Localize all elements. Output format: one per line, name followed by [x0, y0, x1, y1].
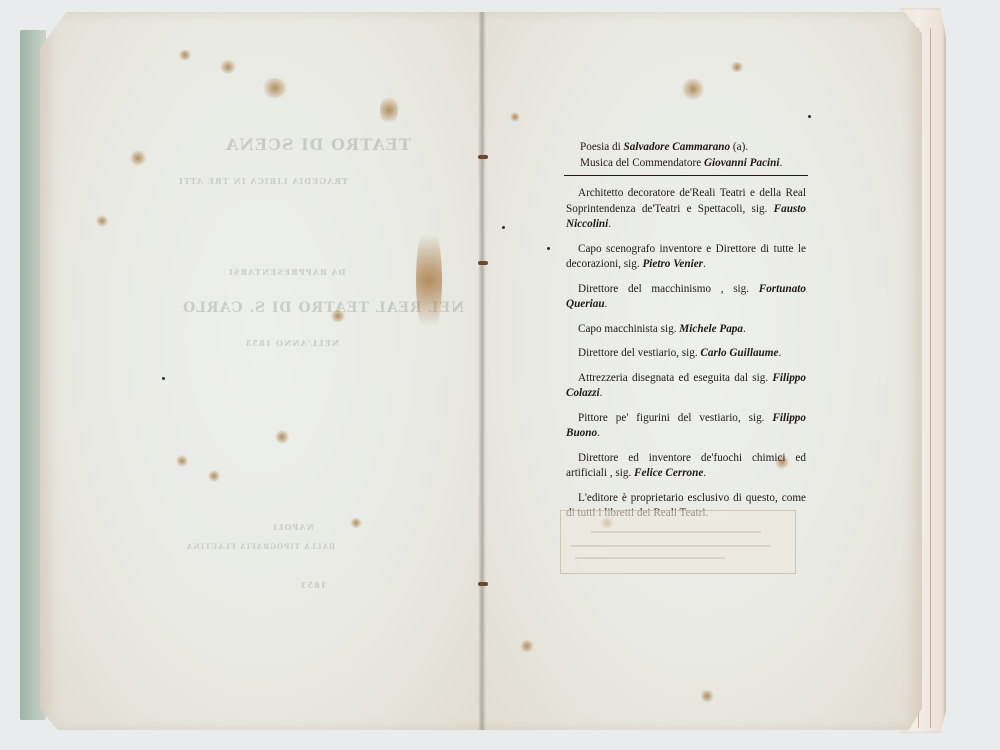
- poetry-prefix: Poesia di: [580, 141, 624, 153]
- credit-role: Direttore del vestiario, sig.: [578, 347, 700, 359]
- credit-suffix: .: [608, 218, 611, 230]
- bleed-through-printer: DALLA TIPOGRAFIA FLAUTINA: [186, 542, 335, 551]
- credit-suffix: .: [600, 387, 603, 399]
- header-rule: [564, 175, 808, 176]
- bleed-through-year: 1853: [300, 580, 326, 590]
- bleed-through-title: TEATRO DI SCENA: [225, 135, 411, 154]
- credit-entry: Pittore pe' figurini del vestiario, sig.…: [566, 411, 806, 442]
- credit-name: Pietro Venier: [642, 258, 703, 270]
- credit-suffix: .: [743, 323, 746, 335]
- composer-name: Giovanni Pacini: [704, 157, 780, 169]
- credit-name: Carlo Guillaume: [700, 347, 778, 359]
- foxing-spot: [130, 150, 146, 166]
- foxing-spot: [350, 518, 362, 528]
- ink-speck: [162, 377, 165, 380]
- music-suffix: .: [780, 157, 783, 169]
- credit-entry: Direttore ed inventore de'fuochi chimici…: [566, 451, 806, 482]
- credit-suffix: .: [778, 347, 781, 359]
- foxing-spot: [220, 60, 236, 74]
- music-prefix: Musica del Commendatore: [580, 157, 704, 169]
- credit-role: Architetto decoratore de'Reali Teatri e …: [566, 187, 806, 215]
- credits-header: Poesia di Salvadore Cammarano (a). Music…: [566, 140, 806, 171]
- scanned-book-spread: TEATRO DI SCENA TRAGEDIA LIRICA IN TRE A…: [0, 0, 1000, 750]
- credit-suffix: .: [597, 427, 600, 439]
- credit-name: Felice Cerrone: [634, 467, 703, 479]
- librettist-name: Salvadore Cammarano: [624, 141, 731, 153]
- poetry-suffix: (a).: [730, 141, 748, 153]
- credit-suffix: .: [703, 258, 706, 270]
- binding-stitch: [478, 582, 488, 586]
- poetry-credit: Poesia di Salvadore Cammarano (a).: [566, 140, 806, 156]
- credit-entry: Capo scenografo inventore e Direttore di…: [566, 242, 806, 273]
- credit-entry: Architetto decoratore de'Reali Teatri e …: [566, 186, 806, 233]
- ink-speck: [547, 247, 550, 250]
- foxing-spot: [510, 112, 520, 122]
- foxing-spot: [275, 430, 289, 444]
- credit-entry: Attrezzeria disegnata ed eseguita dal si…: [566, 371, 806, 402]
- credits-block: Poesia di Salvadore Cammarano (a). Music…: [566, 140, 806, 531]
- foxing-spot: [330, 310, 346, 322]
- ink-speck: [502, 226, 505, 229]
- page-edge-line: [930, 28, 931, 728]
- credit-role: Pittore pe' figurini del vestiario, sig.: [578, 412, 772, 424]
- credit-entry: Direttore del macchinismo , sig. Fortuna…: [566, 282, 806, 313]
- foxing-stain: [416, 220, 442, 340]
- left-page: [40, 12, 482, 730]
- foxing-spot: [208, 470, 220, 482]
- foxing-spot: [178, 50, 192, 60]
- foxing-spot: [176, 455, 188, 467]
- foxing-spot: [700, 690, 714, 702]
- foxing-spot: [380, 95, 398, 125]
- credit-suffix: .: [703, 467, 706, 479]
- binding-stitch: [478, 261, 488, 265]
- credit-entry: Direttore del vestiario, sig. Carlo Guil…: [566, 346, 806, 362]
- ink-speck: [808, 115, 811, 118]
- faded-line: [591, 531, 761, 533]
- faded-line: [575, 557, 725, 559]
- foxing-spot: [96, 215, 108, 227]
- credit-name: Michele Papa: [679, 323, 743, 335]
- foxing-spot: [730, 62, 744, 72]
- foxing-spot: [262, 78, 288, 98]
- bleed-through-line: DA RAPPRESENTARSI: [228, 267, 346, 277]
- credit-role: Capo macchinista sig.: [578, 323, 679, 335]
- bleed-through-city: NAPOLI: [272, 522, 314, 532]
- music-credit: Musica del Commendatore Giovanni Pacini.: [566, 156, 806, 172]
- foxing-spot: [520, 640, 534, 652]
- foxing-spot: [682, 78, 704, 100]
- faded-stamp-box: [560, 510, 796, 574]
- bleed-through-subtitle: TRAGEDIA LIRICA IN TRE ATTI: [178, 176, 348, 186]
- credit-suffix: .: [605, 298, 608, 310]
- credit-role: Attrezzeria disegnata ed eseguita dal si…: [578, 372, 772, 384]
- credit-entry: Capo macchinista sig. Michele Papa.: [566, 322, 806, 338]
- credit-role: Direttore del macchinismo , sig.: [578, 283, 759, 295]
- faded-line: [571, 545, 771, 547]
- book-gutter: [478, 12, 486, 730]
- binding-stitch: [478, 155, 488, 159]
- bleed-through-line: NELL'ANNO 1853: [245, 338, 339, 348]
